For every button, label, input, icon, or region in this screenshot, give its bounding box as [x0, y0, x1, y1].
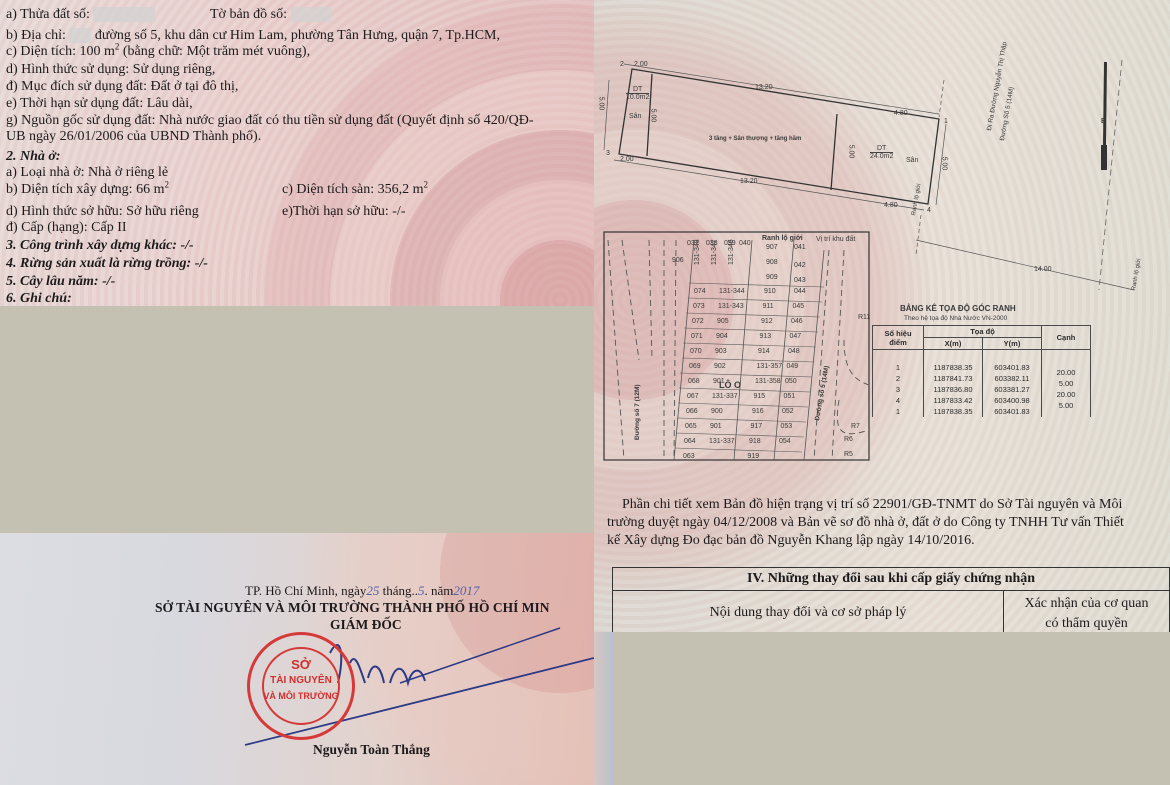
- coord-edge: 20.00: [1042, 367, 1091, 378]
- dim-road-width: 14.00: [1034, 266, 1052, 273]
- redacted-house-number: [69, 28, 91, 43]
- map-lot-label: 131-344: [719, 288, 745, 295]
- map-lot-label-vertical: 131-346: [728, 239, 735, 265]
- dim-middle-top: 13.20: [755, 84, 773, 91]
- dim-width-left: 5.00: [597, 97, 604, 111]
- coord-header-point: Số hiệu điểm: [873, 326, 924, 350]
- construction-area-sup: 2: [164, 179, 169, 189]
- map-sheet-label: Tờ bản đồ số:: [210, 7, 287, 22]
- map-site-location-label: Vị trí khu đất: [816, 236, 855, 243]
- redacted-parcel-number: [93, 7, 155, 22]
- area-label: c) Diện tích:: [6, 44, 76, 59]
- changes-col-content: Nội dung thay đổi và cơ sở pháp lý: [613, 591, 1004, 635]
- map-lot-label: 131-358: [755, 378, 781, 385]
- land-origin: g) Nguồn gốc sử dụng đất: Nhà nước giao …: [6, 113, 533, 129]
- coord-row: 11187838.35603401.835.00: [873, 406, 1091, 417]
- usage-form: d) Hình thức sử dụng: Sử dụng riêng,: [6, 62, 215, 78]
- map-lot-label: 051: [784, 393, 796, 400]
- photo-edge-strip: [594, 632, 614, 785]
- coord-edge: 20.00: [1042, 389, 1091, 400]
- house-grade: đ) Cấp (hạng): Cấp II: [6, 220, 127, 236]
- other-constructions: 3. Công trình xây dựng khác: -/-: [6, 238, 194, 254]
- coord-table-title: BẢNG KÊ TỌA ĐỘ GÓC RANH: [900, 304, 1016, 313]
- rear-yard-label: Sân: [906, 157, 918, 164]
- building-label: 3 tầng + Sân thượng + tầng hầm: [709, 136, 801, 142]
- map-lot-label: 131-343: [718, 303, 744, 310]
- changes-col-confirmation-line2: có thẩm quyền: [1004, 614, 1169, 634]
- map-lot-label-vertical: 131-347: [711, 239, 718, 265]
- certificate-page-right: 2 2.00 3 2.00 13.20 13.20 4.80 4.80 1 4 …: [594, 0, 1170, 632]
- coord-point: 4: [873, 395, 924, 406]
- map-boundary-label: Ranh lộ giới: [762, 235, 803, 242]
- point-4-label: 4: [927, 207, 931, 214]
- map-lot-label: 065: [685, 423, 697, 430]
- coordinate-table: Số hiệu điểm Tọa độ Cạnh X(m) Y(m) 11187…: [872, 325, 1091, 417]
- area-in-words: (bằng chữ: Một trăm mét vuông),: [123, 44, 310, 59]
- coord-header-x: X(m): [924, 338, 983, 350]
- dim-front-bottom: 2.00: [620, 156, 634, 163]
- map-lot-label: 071: [691, 333, 703, 340]
- coord-table-subtitle: Theo hệ tọa độ Nhà Nước VN-2000: [904, 315, 1007, 322]
- map-lot-label: 066: [686, 408, 698, 415]
- map-lot-label: 906: [672, 257, 684, 264]
- map-lot-label: 041: [794, 244, 806, 251]
- map-lot-label: 914: [758, 348, 770, 355]
- map-lot-label: 907: [766, 244, 778, 251]
- map-lot-label: 911: [763, 303, 774, 310]
- map-lot-label: 918: [749, 438, 761, 445]
- area-line: c) Diện tích: 100 m2 (bằng chữ: Một trăm…: [6, 44, 310, 60]
- map-lot-label: 908: [766, 259, 778, 266]
- ownership-form: d) Hình thức sở hữu: Sở hữu riêng: [6, 204, 199, 220]
- note-line-1: Phần chi tiết xem Bản đồ hiện trạng vị t…: [622, 497, 1122, 513]
- land-parcel-line: a) Thửa đất số:: [6, 7, 155, 23]
- map-plot-r7: R7: [851, 423, 860, 430]
- map-lot-label: 064: [684, 438, 696, 445]
- map-lot-label: 902: [714, 363, 726, 370]
- production-forest: 4. Rừng sản xuất là rừng trồng: -/-: [6, 256, 208, 272]
- map-lot-label: 069: [689, 363, 701, 370]
- dim-middle-bottom: 13.20: [740, 178, 758, 185]
- floor-area: c) Diện tích sàn: 356,2 m2: [282, 182, 428, 198]
- official-seal-icon: SỞ TÀI NGUYÊN VÀ MÔI TRƯỜNG: [247, 632, 355, 740]
- map-lot-label: 052: [782, 408, 794, 415]
- map-lot-label: 903: [715, 348, 727, 355]
- front-yard-area: DT 10.0m2: [626, 86, 649, 101]
- note-line-3: kế Xây dựng Đo đạc bản đồ Nguyễn Khang l…: [607, 533, 975, 549]
- map-lot-label: 901: [713, 378, 725, 385]
- construction-area: b) Diện tích xây dựng: 66 m2: [6, 182, 169, 198]
- map-lot-label: 072: [692, 318, 704, 325]
- map-lot-label: 049: [787, 363, 799, 370]
- map-lot-label: 909: [766, 274, 778, 281]
- seal-line-2: TÀI NGUYÊN: [250, 675, 352, 686]
- map-lot-label-vertical: 131-348: [694, 239, 701, 265]
- seal-line-3: VÀ MÔI TRƯỜNG: [250, 691, 352, 701]
- map-lot-label: 910: [764, 288, 776, 295]
- coord-y: 603381.27: [983, 384, 1042, 395]
- coord-x: 1187838.35: [924, 406, 983, 417]
- dim-width-inner-right: 5.00: [847, 145, 854, 159]
- changes-table-title: IV. Những thay đổi sau khi cấp giấy chứn…: [613, 568, 1169, 591]
- map-lot-label: 045: [793, 303, 805, 310]
- coord-table-body: 11187838.35603401.8321187841.73603382.11…: [873, 350, 1091, 418]
- map-lot-label: 905: [717, 318, 729, 325]
- dim-width-right: 5.00: [940, 157, 947, 171]
- map-lot-label: 042: [794, 262, 806, 269]
- map-lot-label: 913: [760, 333, 772, 340]
- seal-line-1: SỞ: [250, 657, 352, 672]
- changes-col-confirmation-line1: Xác nhận của cơ quan: [1004, 594, 1169, 614]
- rear-yard-area: DT 24.0m2: [870, 145, 893, 160]
- changes-col-confirmation: Xác nhận của cơ quan có thẩm quyền: [1004, 591, 1169, 635]
- coord-point: 1: [873, 406, 924, 417]
- coord-y: 603382.11: [983, 373, 1042, 384]
- map-lot-label: 048: [788, 348, 800, 355]
- notes-heading: 6. Ghi chú:: [6, 291, 72, 306]
- map-lot-label: 917: [751, 423, 763, 430]
- map-lot-label: 040: [739, 240, 751, 247]
- map-lot-label: 043: [794, 277, 806, 284]
- dim-rear-top: 4.80: [894, 110, 908, 117]
- map-lot-label: 131-337: [712, 393, 738, 400]
- certificate-page-left-top: a) Thửa đất số: Tờ bản đồ số: b) Địa chỉ…: [0, 0, 594, 306]
- point-3-label: 3: [606, 150, 610, 157]
- front-yard-dt: DT: [626, 86, 649, 93]
- dim-rear-bottom: 4.80: [884, 202, 898, 209]
- map-lot-label: 916: [752, 408, 764, 415]
- changes-table-header-row: Nội dung thay đổi và cơ sở pháp lý Xác n…: [613, 591, 1169, 635]
- map-lot-label: 919: [748, 453, 760, 460]
- address-value: đường số 5, khu dân cư Him Lam, phường T…: [95, 28, 500, 43]
- coord-y: 603400.98: [983, 395, 1042, 406]
- floor-area-sup: 2: [424, 179, 429, 189]
- coord-edge: 5.00: [1042, 378, 1091, 389]
- redacted-map-sheet: [291, 7, 331, 22]
- map-lot-label: 047: [790, 333, 802, 340]
- map-lot-label: 901: [710, 423, 722, 430]
- coord-x: 1187833.42: [924, 395, 983, 406]
- redaction-mask-right: [614, 632, 1170, 785]
- map-lot-label: 131-357: [757, 363, 783, 370]
- construction-area-label: b) Diện tích xây dựng:: [6, 182, 133, 197]
- coord-point: 3: [873, 384, 924, 395]
- map-lot-label: 050: [785, 378, 797, 385]
- rear-yard-size: 24.0m2: [870, 152, 893, 160]
- perennial-trees: 5. Cây lâu năm: -/-: [6, 274, 115, 290]
- coord-x: 1187836.80: [924, 384, 983, 395]
- map-lot-label: 912: [761, 318, 773, 325]
- area-value: 100: [79, 44, 100, 59]
- coord-x: 1187838.35: [924, 362, 983, 373]
- note-line-2: trường duyệt ngày 04/12/2008 và Bản vẽ s…: [607, 515, 1124, 531]
- map-plot-r5: R5: [844, 451, 853, 458]
- rear-yard-dt: DT: [870, 145, 893, 152]
- coord-header-edge: Cạnh: [1042, 326, 1091, 350]
- map-lot-label: 068: [688, 378, 700, 385]
- map-lot-label: 074: [694, 288, 706, 295]
- front-yard-label: Sân: [629, 113, 641, 120]
- map-lot-label: 054: [779, 438, 791, 445]
- coord-edge: [1042, 356, 1091, 367]
- dim-width-inner-left: 5.00: [649, 109, 656, 123]
- redaction-mask-left: [0, 306, 594, 533]
- map-lot-label: 915: [754, 393, 766, 400]
- map-lot-label: 046: [791, 318, 803, 325]
- usage-term: e) Thời hạn sử dụng đất: Lâu dài,: [6, 96, 193, 112]
- construction-area-unit: m: [154, 182, 165, 197]
- floor-area-unit: m: [413, 182, 424, 197]
- land-origin-cont: UB ngày 26/01/2006 của UBND Thành phố).: [6, 129, 261, 145]
- house-type: a) Loại nhà ở: Nhà ở riêng lẻ: [6, 165, 168, 181]
- parcel-number-label: a) Thửa đất số:: [6, 7, 90, 22]
- dim-front-top: 2.00: [634, 61, 648, 68]
- map-plot-r11: R11: [858, 314, 870, 321]
- construction-area-value: 66: [136, 182, 150, 197]
- map-lot-label: 067: [687, 393, 699, 400]
- floor-area-value: 356,2: [378, 182, 410, 197]
- section-house-title: 2. Nhà ở:: [6, 149, 61, 165]
- point-2-label: 2: [620, 61, 624, 68]
- map-lot-label: 053: [781, 423, 793, 430]
- map-lot-label: 073: [693, 303, 705, 310]
- coord-x: 1187841.73: [924, 373, 983, 384]
- coord-y: 603401.83: [983, 362, 1042, 373]
- point-1-label: 1: [944, 118, 948, 125]
- coord-header-y: Y(m): [983, 338, 1042, 350]
- north-arrow-icon: B: [1101, 118, 1106, 125]
- land-use-purpose: đ) Mục đích sử dụng đất: Đất ở tại đô th…: [6, 79, 238, 95]
- map-lot-label: 131-337: [709, 438, 735, 445]
- ownership-term: e)Thời hạn sở hữu: -/-: [282, 204, 405, 220]
- coord-point: 2: [873, 373, 924, 384]
- map-lot-label: 044: [794, 288, 806, 295]
- map-road-left: Đường số 7 (12M): [634, 384, 641, 440]
- floor-area-label: c) Diện tích sàn:: [282, 182, 374, 197]
- address-line: b) Địa chỉ: đường số 5, khu dân cư Him L…: [6, 28, 500, 44]
- map-sheet-line: Tờ bản đồ số:: [210, 7, 331, 23]
- changes-table: IV. Những thay đổi sau khi cấp giấy chứn…: [612, 567, 1170, 635]
- coord-edge: 5.00: [1042, 400, 1091, 411]
- map-lot-label: 063: [683, 453, 695, 460]
- map-lot-label: 900: [711, 408, 723, 415]
- area-unit-sup: 2: [115, 41, 120, 51]
- map-lot-label: 904: [716, 333, 728, 340]
- front-yard-size: 10.0m2: [626, 93, 649, 101]
- coord-point: 1: [873, 362, 924, 373]
- coord-header-coord: Tọa độ: [924, 326, 1042, 338]
- area-unit: m: [104, 44, 115, 59]
- map-lot-label: 070: [690, 348, 702, 355]
- map-plot-r6: R6: [844, 436, 853, 443]
- coord-y: 603401.83: [983, 406, 1042, 417]
- address-label: b) Địa chỉ:: [6, 28, 66, 43]
